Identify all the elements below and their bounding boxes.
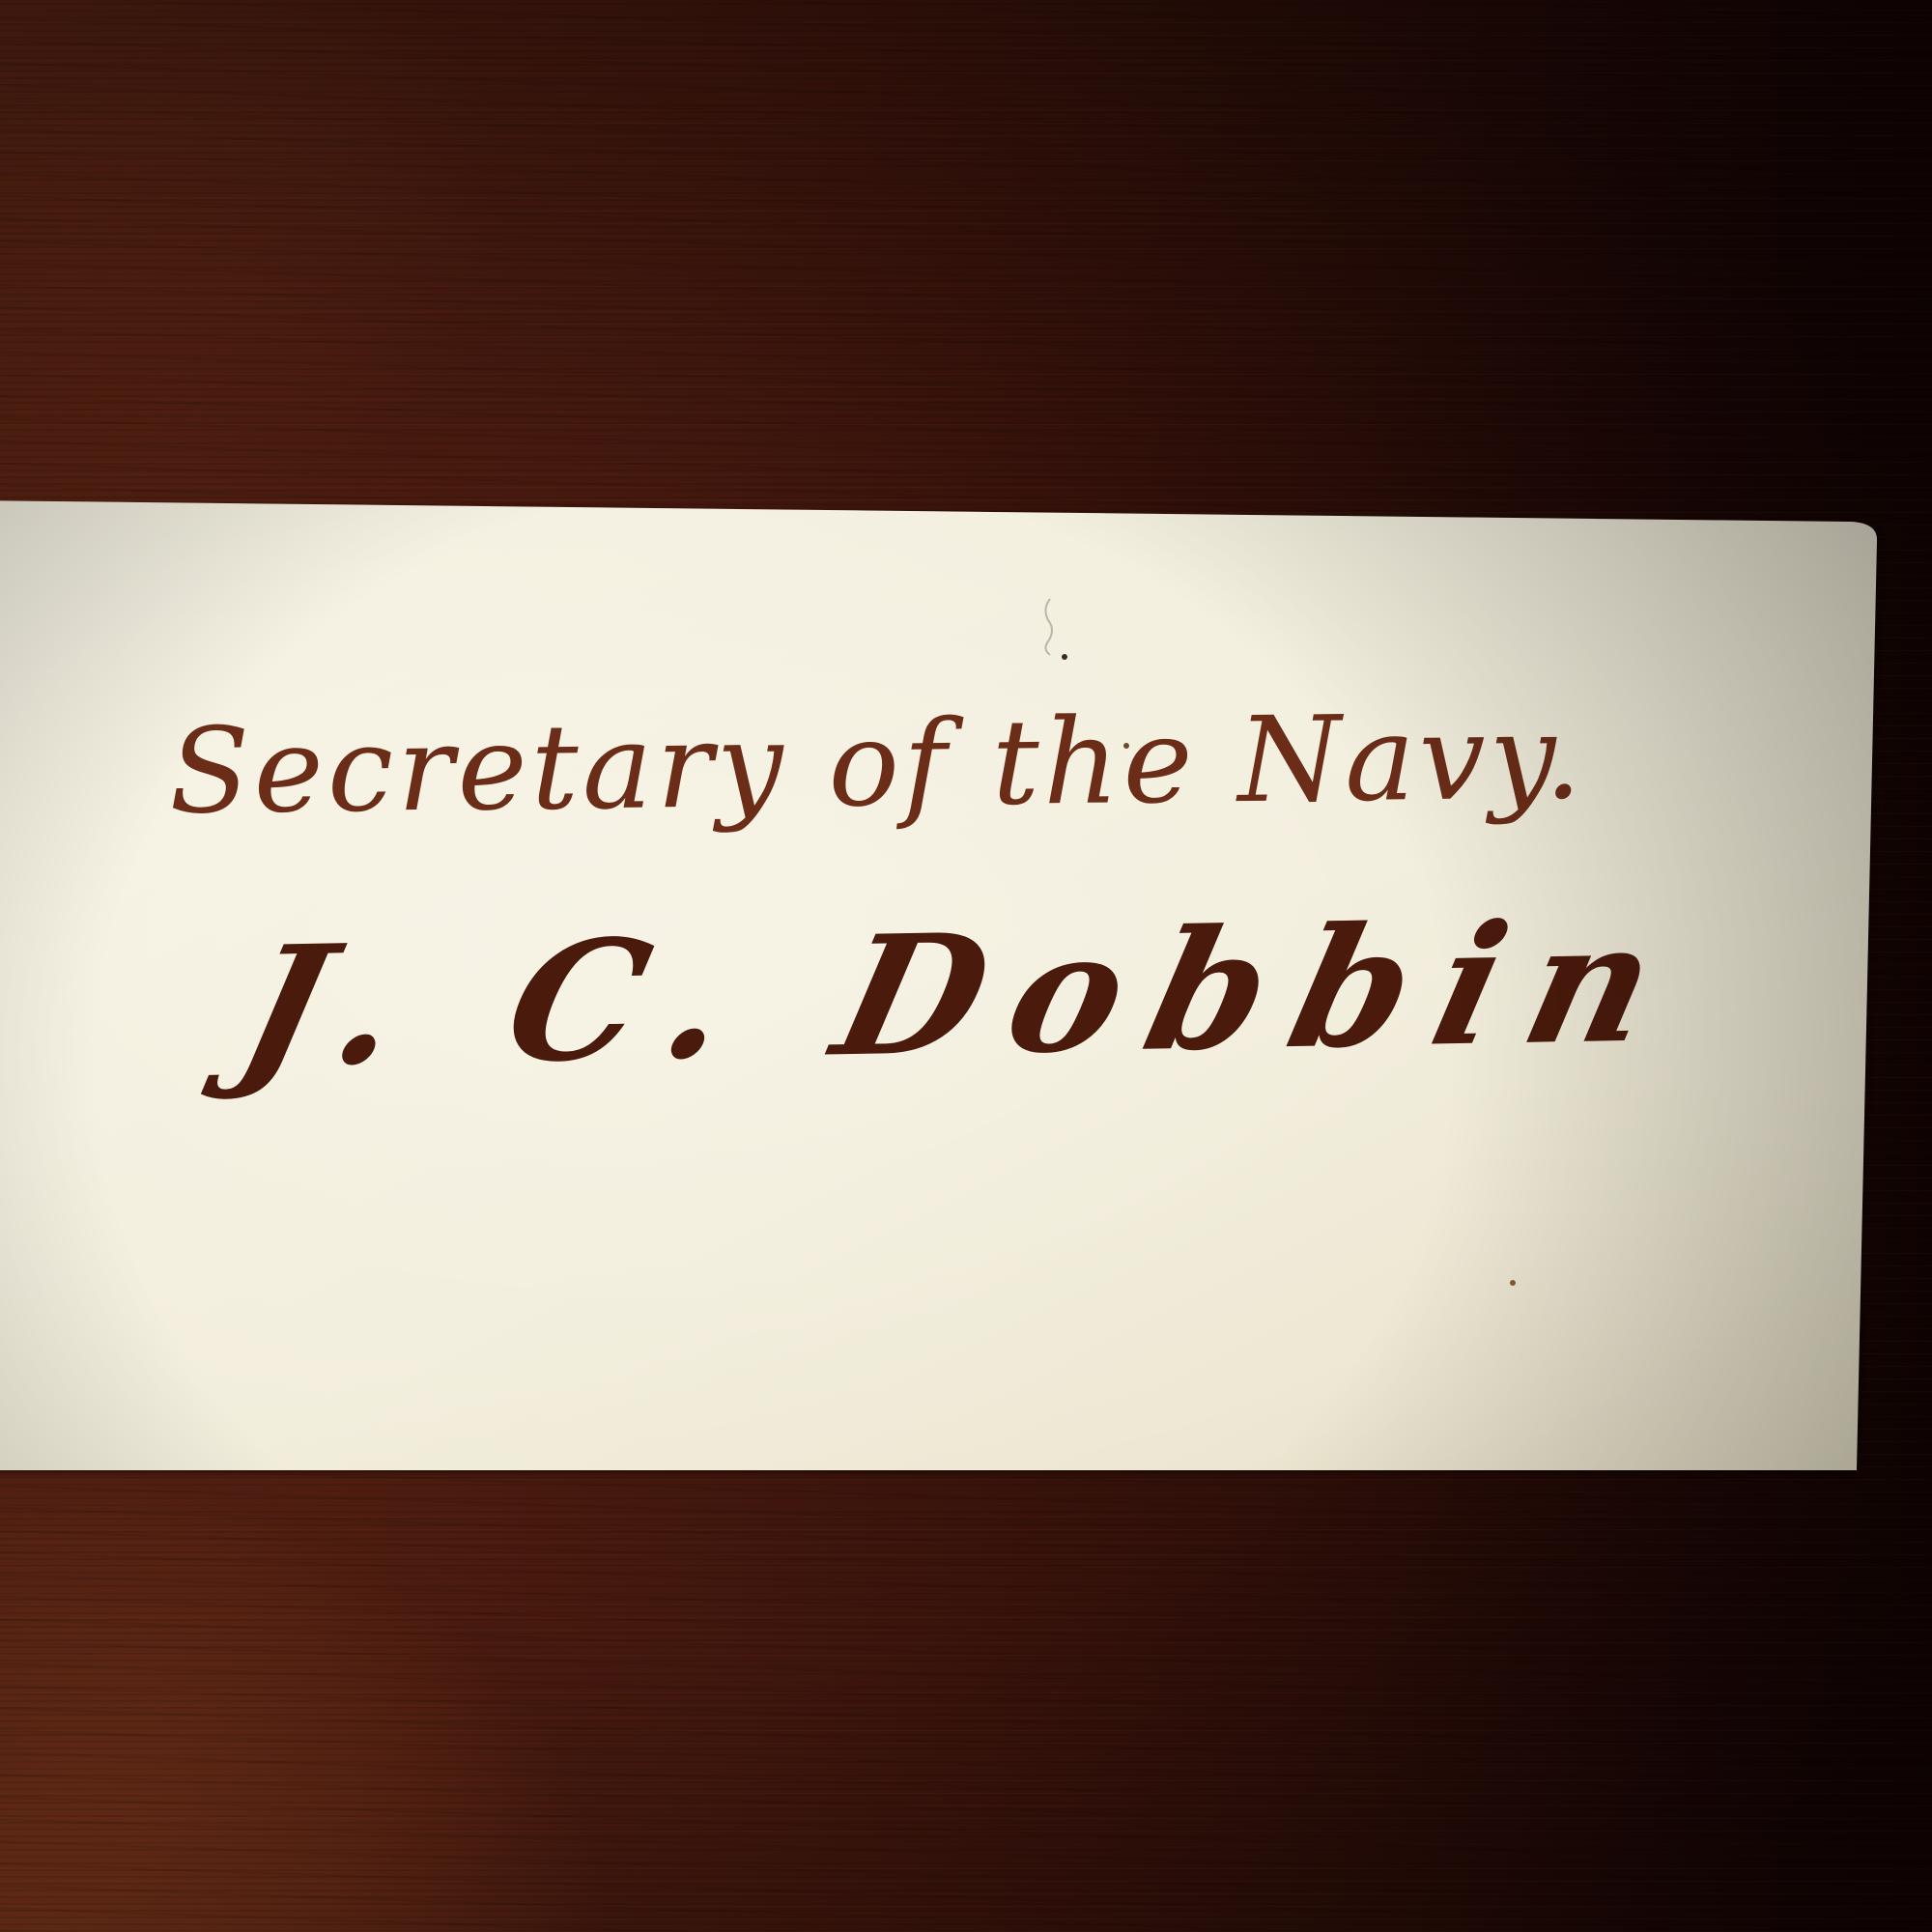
photo-scene: Secretary of the Navy. J. C. Dobbin [0,0,1932,1932]
autograph-card: Secretary of the Navy. J. C. Dobbin [0,0,1913,1932]
handwritten-signature: J. C. Dobbin [224,886,1701,1105]
handwritten-title: Secretary of the Navy. [168,688,1586,839]
